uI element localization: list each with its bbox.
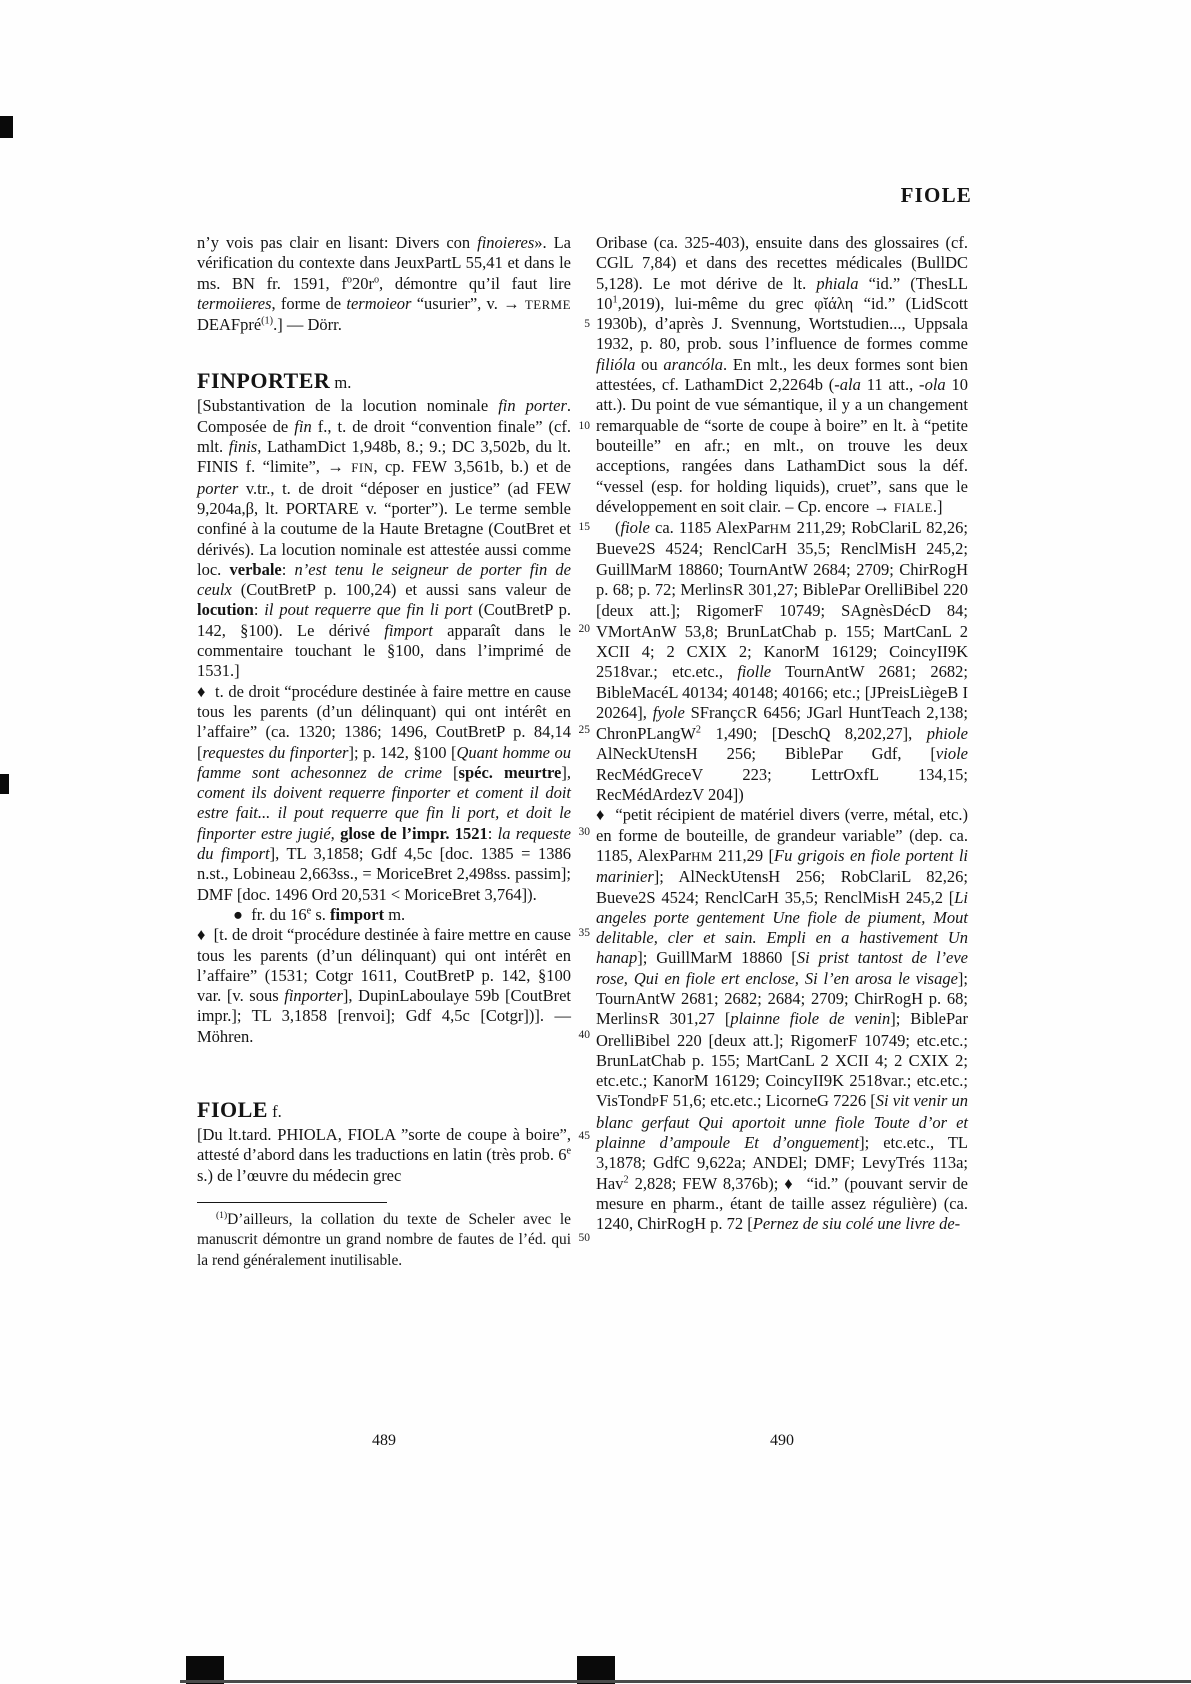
- paragraph-fiole-etymology-start: [Du lt.tard. PHIOLA, FIOLA ”sorte de cou…: [197, 1125, 571, 1186]
- right-column: Oribase (ca. 325-403), ensuite dans des …: [596, 233, 968, 1235]
- line-number: 25: [560, 724, 590, 736]
- paragraph-fimport-form: ● fr. du 16e s. fimport m.: [197, 905, 571, 925]
- paragraph-finporter-sense: ♦ t. de droit “procédure destinée à fair…: [197, 682, 571, 905]
- part-of-speech: m.: [334, 373, 351, 392]
- entry-heading-finporter: FINPORTER m.: [197, 368, 571, 396]
- paragraph-fimport-sense: ♦ [t. de droit “procédure destinée à fai…: [197, 925, 571, 1047]
- line-number: 15: [560, 521, 590, 533]
- running-head: FIOLE: [596, 183, 972, 208]
- scan-artifact-edge: [180, 1680, 1191, 1683]
- line-number: 10: [560, 420, 590, 432]
- entry-heading-fiole: FIOLE f.: [197, 1097, 571, 1125]
- line-number: 45: [560, 1130, 590, 1142]
- headword-text: FIOLE: [197, 1097, 268, 1122]
- paragraph-fiole-sense: ♦ “petit récipient de matériel divers (v…: [596, 805, 968, 1234]
- paragraph-fiole-forms: (fiole ca. 1185 AlexParhm 211,29; RobCla…: [596, 518, 968, 805]
- paragraph-fiole-etymology-continued: Oribase (ca. 325-403), ensuite dans des …: [596, 233, 968, 518]
- part-of-speech: f.: [272, 1102, 282, 1121]
- headword-text: FINPORTER: [197, 368, 330, 393]
- line-number: 50: [560, 1232, 590, 1244]
- page: FIOLE n’y vois pas clair en lisant: Dive…: [0, 0, 1191, 1684]
- footnote-rule: [197, 1202, 387, 1203]
- left-column: n’y vois pas clair en lisant: Divers con…: [197, 233, 571, 1271]
- footnote: (1)D’ailleurs, la collation du texte de …: [197, 1210, 571, 1271]
- line-number: 40: [560, 1029, 590, 1041]
- line-number: 30: [560, 826, 590, 838]
- scan-artifact-mark: [0, 774, 9, 794]
- paragraph-finporter-etymology: [Substantivation de la locution nominale…: [197, 396, 571, 681]
- page-number-left: 489: [197, 1432, 571, 1450]
- page-number-right: 490: [596, 1432, 968, 1450]
- line-number: 35: [560, 927, 590, 939]
- scan-artifact-mark: [0, 116, 13, 138]
- paragraph-finoieres-end: n’y vois pas clair en lisant: Divers con…: [197, 233, 571, 335]
- line-number: 5: [560, 318, 590, 330]
- line-number: 20: [560, 623, 590, 635]
